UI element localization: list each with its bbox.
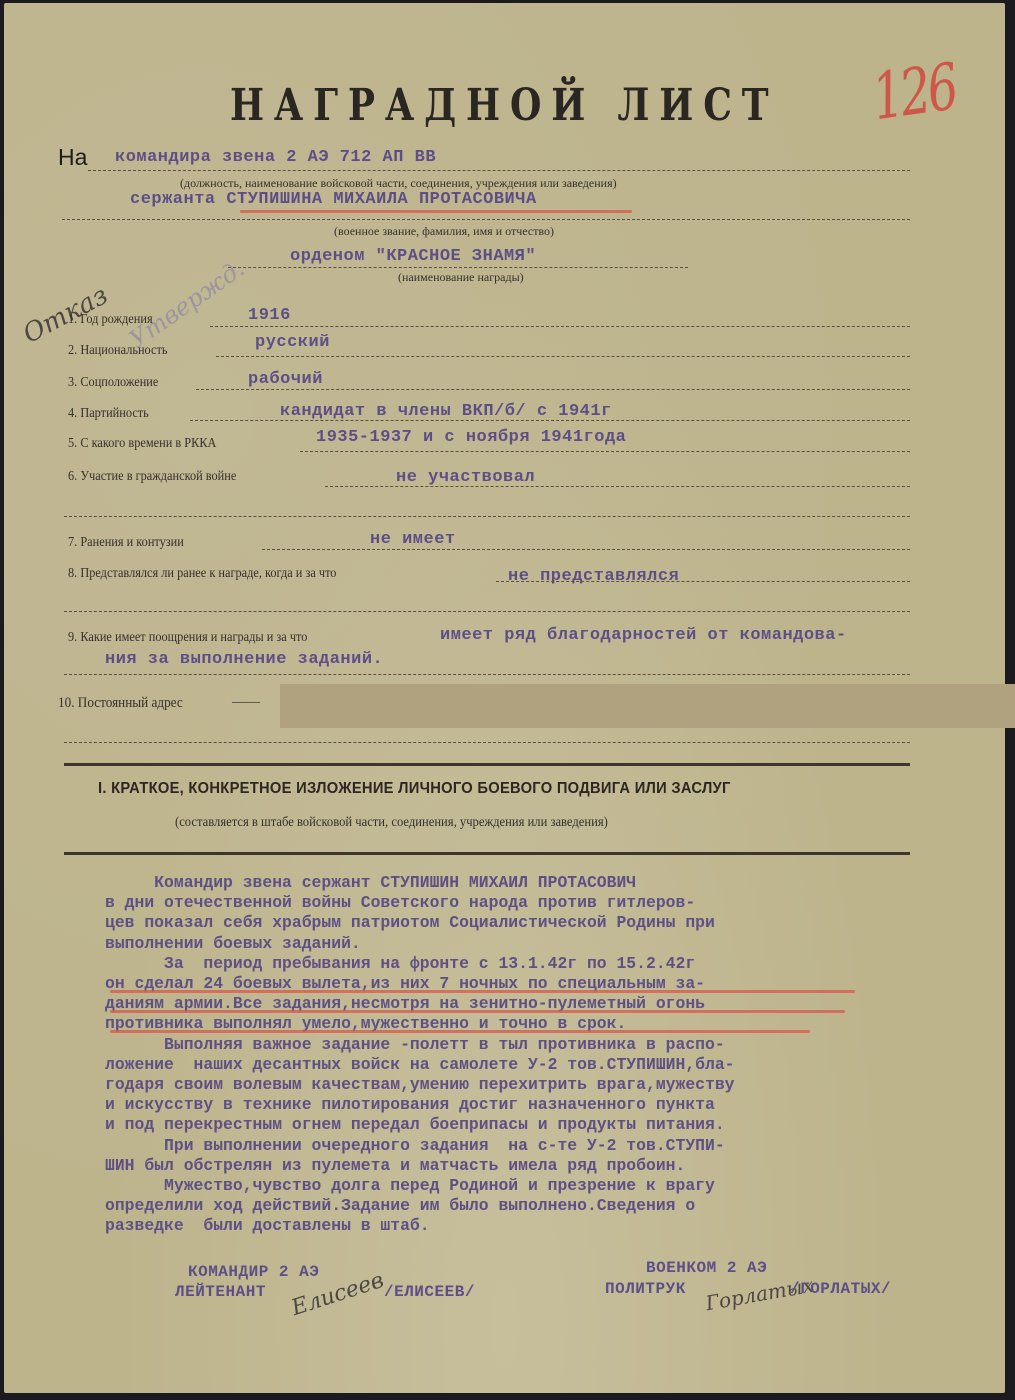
na-label: На (58, 144, 87, 171)
position-caption: (должность, наименование войсковой части… (180, 176, 617, 191)
field-label-wounds: 7. Ранения и контузии (68, 535, 184, 551)
field-label-commendations: 9. Какие имеет поощрения и награды и за … (68, 630, 307, 646)
signer-right-rank: ПОЛИТРУК (605, 1280, 686, 1298)
document-title: НАГРАДНОЙ ЛИСТ (230, 80, 778, 131)
citation-line: При выполнении очередного задания на с-т… (105, 1136, 735, 1156)
field-label-civil-war: 6. Участие в гражданской войне (68, 469, 236, 485)
citation-line: выполнении боевых заданий. (105, 934, 735, 954)
field-label-address: 10. Постоянный адрес (58, 695, 183, 712)
recipient-name: сержанта СТУПИШИНА МИХАИЛА ПРОТАСОВИЧА (130, 190, 537, 209)
field-value-commendations: имеет ряд благодарностей от командова- (440, 626, 847, 645)
signer-right-title: ВОЕНКОМ 2 АЭ (646, 1259, 767, 1277)
position-value: командира звена 2 АЭ 712 АП ВВ (115, 148, 436, 167)
citation-line: годаря своим волевым качествам,умению пе… (105, 1075, 735, 1095)
citation-line: разведке были доставлены в штаб. (105, 1216, 735, 1236)
field-value-prior-nomination: не представлялся (508, 567, 679, 586)
field-label-birth-year: 1. Год рождения (68, 312, 153, 328)
archive-number: 126 (868, 51, 960, 136)
name-caption: (военное звание, фамилия, имя и отчество… (334, 224, 554, 239)
field-value-party: кандидат в члены ВКП/б/ с 1941г (280, 402, 612, 421)
citation-body: Командир звена сержант СТУПИШИН МИХАИЛ П… (105, 873, 735, 1237)
section-caption: (составляется в штабе войсковой части, с… (175, 815, 608, 831)
field-value-rkka-since: 1935-1937 и с ноября 1941года (316, 428, 626, 447)
field-value-address: ____ (232, 690, 260, 706)
field-label-rkka-since: 5. С какого времени в РККА (68, 436, 216, 452)
citation-line: Командир звена сержант СТУПИШИН МИХАИЛ П… (105, 873, 735, 893)
field-value-commendations-cont: ния за выполнение заданий. (105, 650, 383, 669)
field-value-nationality: русский (255, 333, 330, 352)
signer-left-rank: ЛЕЙТЕНАНТ (175, 1283, 266, 1301)
citation-line: Мужество,чувство долга перед Родиной и п… (105, 1176, 735, 1196)
citation-line: в дни отечественной войны Советского нар… (105, 893, 735, 913)
section-heading: I. КРАТКОЕ, КОНКРЕТНОЕ ИЗЛОЖЕНИЕ ЛИЧНОГО… (98, 780, 731, 798)
signer-right-name: /ГОРЛАТЫХ/ (790, 1280, 891, 1298)
citation-line: и под перекрестным огнем передал боеприп… (105, 1115, 735, 1135)
field-label-nationality: 2. Национальность (68, 343, 168, 359)
field-value-birth-year: 1916 (248, 306, 291, 325)
field-value-civil-war: не участвовал (396, 468, 535, 487)
field-value-wounds: не имеет (370, 530, 456, 549)
redacted-address-block (280, 684, 1015, 728)
award-value: орденом "КРАСНОЕ ЗНАМЯ" (290, 247, 536, 266)
citation-line: За период пребывания на фронте с 13.1.42… (105, 954, 735, 974)
award-caption: (наименование награды) (398, 270, 524, 285)
field-label-prior-nomination: 8. Представлялся ли ранее к награде, ког… (68, 566, 336, 582)
citation-line: цев показал себя храбрым патриотом Социа… (105, 913, 735, 933)
citation-line: определили ход действий.Задание им было … (105, 1196, 735, 1216)
signer-left-title: КОМАНДИР 2 АЭ (188, 1263, 319, 1281)
field-label-social-status: 3. Соцположение (68, 375, 158, 391)
signer-left-name: /ЕЛИСЕЕВ/ (384, 1283, 475, 1301)
citation-line: Выполняя важное задание -полетт в тыл пр… (105, 1035, 735, 1055)
field-label-party: 4. Партийность (68, 406, 149, 422)
citation-line: ложение наших десантных войск на самолет… (105, 1055, 735, 1075)
citation-line: ШИН был обстрелян из пулемета и матчасть… (105, 1156, 735, 1176)
citation-line: и искусству в технике пилотирования дост… (105, 1095, 735, 1115)
field-value-social-status: рабочий (248, 370, 323, 389)
